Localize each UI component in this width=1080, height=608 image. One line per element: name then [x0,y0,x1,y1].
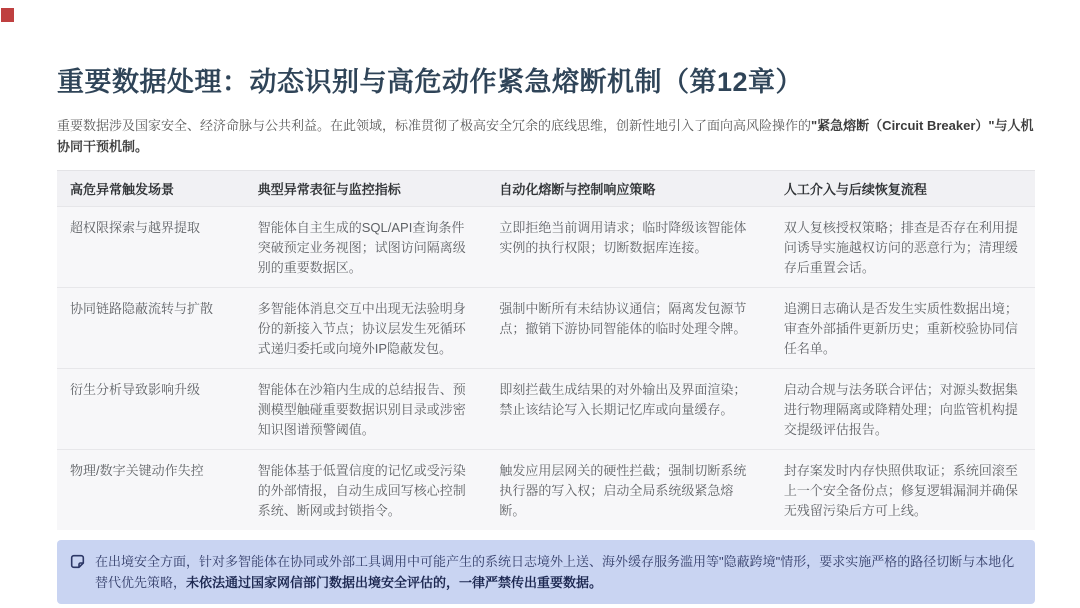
cell-response: 立即拒绝当前调用请求；临时降级该智能体实例的执行权限；切断数据库连接。 [486,207,771,288]
cell-recovery: 封存案发时内存快照供取证；系统回滚至上一个安全备份点；修复逻辑漏洞并确保无残留污… [771,450,1035,531]
intro-text: 重要数据涉及国家安全、经济命脉与公共利益。在此领域，标准贯彻了极高安全冗余的底线… [57,118,811,133]
risk-table: 高危异常触发场景 典型异常表征与监控指标 自动化熔断与控制响应策略 人工介入与后… [57,170,1035,530]
column-header-indicator: 典型异常表征与监控指标 [245,171,487,207]
table-row: 超权限探索与越界提取 智能体自主生成的SQL/API查询条件突破预定业务视图；试… [57,207,1035,288]
slide: 重要数据处理：动态识别与高危动作紧急熔断机制（第12章） 重要数据涉及国家安全、… [0,0,1080,608]
callout-bold-text: 未依法通过国家网信部门数据出境安全评估的，一律严禁传出重要数据。 [186,575,602,590]
column-header-response: 自动化熔断与控制响应策略 [486,171,771,207]
cell-indicator: 智能体在沙箱内生成的总结报告、预测模型触碰重要数据识别目录或涉密知识图谱预警阈值… [245,369,487,450]
cell-indicator: 智能体自主生成的SQL/API查询条件突破预定业务视图；试图访问隔离级别的重要数… [245,207,487,288]
cell-scenario: 物理/数字关键动作失控 [57,450,245,531]
cell-response: 触发应用层网关的硬性拦截；强制切断系统执行器的写入权；启动全局系统级紧急熔断。 [486,450,771,531]
cell-response: 即刻拦截生成结果的对外输出及界面渲染；禁止该结论写入长期记忆库或向量缓存。 [486,369,771,450]
column-header-recovery: 人工介入与后续恢复流程 [771,171,1035,207]
table-row: 衍生分析导致影响升级 智能体在沙箱内生成的总结报告、预测模型触碰重要数据识别目录… [57,369,1035,450]
table-row: 协同链路隐蔽流转与扩散 多智能体消息交互中出现无法验明身份的新接入节点；协议层发… [57,288,1035,369]
cell-recovery: 双人复核授权策略；排查是否存在利用提问诱导实施越权访问的恶意行为；清理缓存后重置… [771,207,1035,288]
cell-scenario: 衍生分析导致影响升级 [57,369,245,450]
intro-paragraph: 重要数据涉及国家安全、经济命脉与公共利益。在此领域，标准贯彻了极高安全冗余的底线… [57,115,1035,157]
page-title: 重要数据处理：动态识别与高危动作紧急熔断机制（第12章） [57,64,1035,100]
column-header-scenario: 高危异常触发场景 [57,171,245,207]
table-row: 物理/数字关键动作失控 智能体基于低置信度的记忆或受污染的外部情报，自动生成回写… [57,450,1035,531]
cell-indicator: 多智能体消息交互中出现无法验明身份的新接入节点；协议层发生死循环式递归委托或向境… [245,288,487,369]
cell-recovery: 启动合规与法务联合评估；对源头数据集进行物理隔离或降精处理；向监管机构提交提级评… [771,369,1035,450]
callout-text: 在出境安全方面，针对多智能体在协同或外部工具调用中可能产生的系统日志境外上送、海… [95,551,1019,593]
cell-indicator: 智能体基于低置信度的记忆或受污染的外部情报，自动生成回写核心控制系统、断网或封锁… [245,450,487,531]
cell-response: 强制中断所有未结协议通信；隔离发包源节点；撤销下游协同智能体的临时处理令牌。 [486,288,771,369]
note-icon [70,554,85,569]
cell-recovery: 追溯日志确认是否发生实质性数据出境；审查外部插件更新历史；重新校验协同信任名单。 [771,288,1035,369]
red-marker [1,8,14,22]
cell-scenario: 超权限探索与越界提取 [57,207,245,288]
cell-scenario: 协同链路隐蔽流转与扩散 [57,288,245,369]
callout: 在出境安全方面，针对多智能体在协同或外部工具调用中可能产生的系统日志境外上送、海… [57,540,1035,604]
table-header-row: 高危异常触发场景 典型异常表征与监控指标 自动化熔断与控制响应策略 人工介入与后… [57,171,1035,207]
